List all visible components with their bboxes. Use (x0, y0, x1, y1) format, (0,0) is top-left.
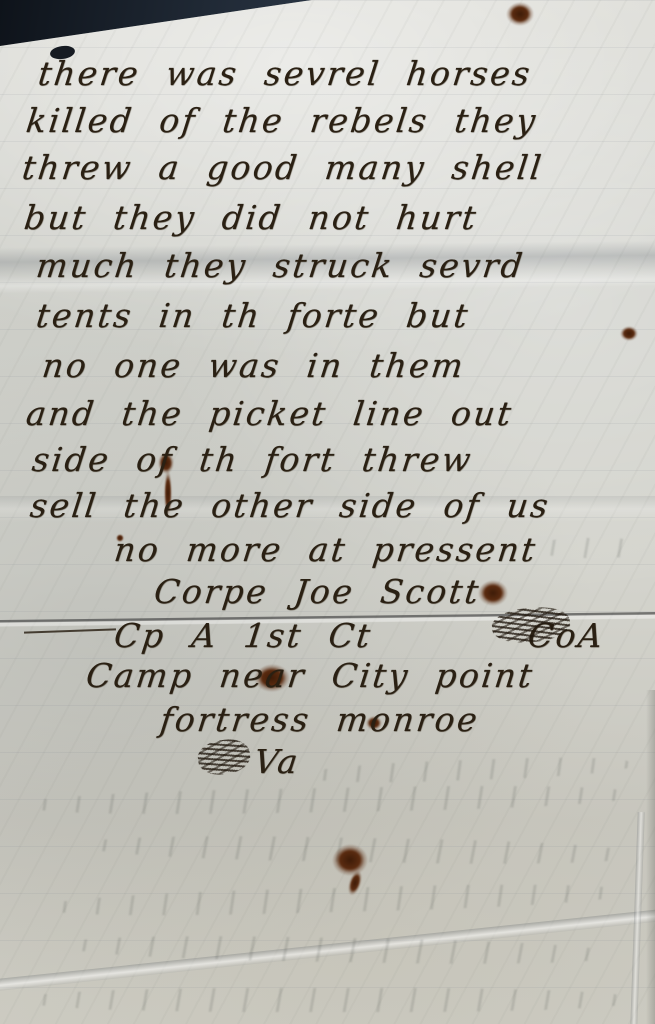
bleed-through-writing (30, 783, 630, 817)
bleed-through-writing (30, 988, 630, 1012)
fold-crease (630, 812, 644, 1024)
paper-edge-shadow (646, 690, 655, 1024)
handwritten-line: threw a good many shell (20, 148, 546, 187)
handwritten-line: side of th fort threw (30, 440, 475, 479)
ink-stain (478, 580, 508, 606)
handwritten-line: but they did not hurt (22, 198, 480, 237)
handwritten-line-camp: Camp near City point (84, 656, 537, 695)
handwritten-line: there was sevrel horses (36, 54, 534, 93)
handwritten-line: sell the other side of us (28, 486, 552, 525)
handwritten-line-signature: Corpe Joe Scott (152, 572, 483, 611)
handwritten-line: tents in th forte but (34, 296, 472, 335)
bleed-through-writing (70, 933, 610, 966)
ink-stain (506, 2, 534, 26)
ink-stain (620, 326, 638, 341)
handwritten-line: no one was in them (40, 346, 468, 385)
handwritten-line-closing: no more at pressent (112, 530, 540, 569)
handwritten-line: killed of the rebels they (24, 101, 540, 140)
letter-photograph: there was sevrel horses killed of the re… (0, 0, 655, 1024)
handwritten-line-fortress: fortress monroe (158, 700, 482, 739)
bleed-through-writing (538, 538, 648, 558)
bleed-through-writing (310, 754, 631, 785)
ink-stain (332, 844, 368, 876)
bleed-through-writing (50, 881, 620, 920)
letter-paper: there was sevrel horses killed of the re… (0, 0, 655, 1024)
scribble-crossout (196, 737, 252, 778)
handwritten-line-state: Va (252, 742, 302, 781)
handwritten-line: much they struck sevrd (34, 246, 527, 285)
handwritten-line: and the picket line out (24, 394, 516, 433)
pen-dash (24, 628, 116, 633)
